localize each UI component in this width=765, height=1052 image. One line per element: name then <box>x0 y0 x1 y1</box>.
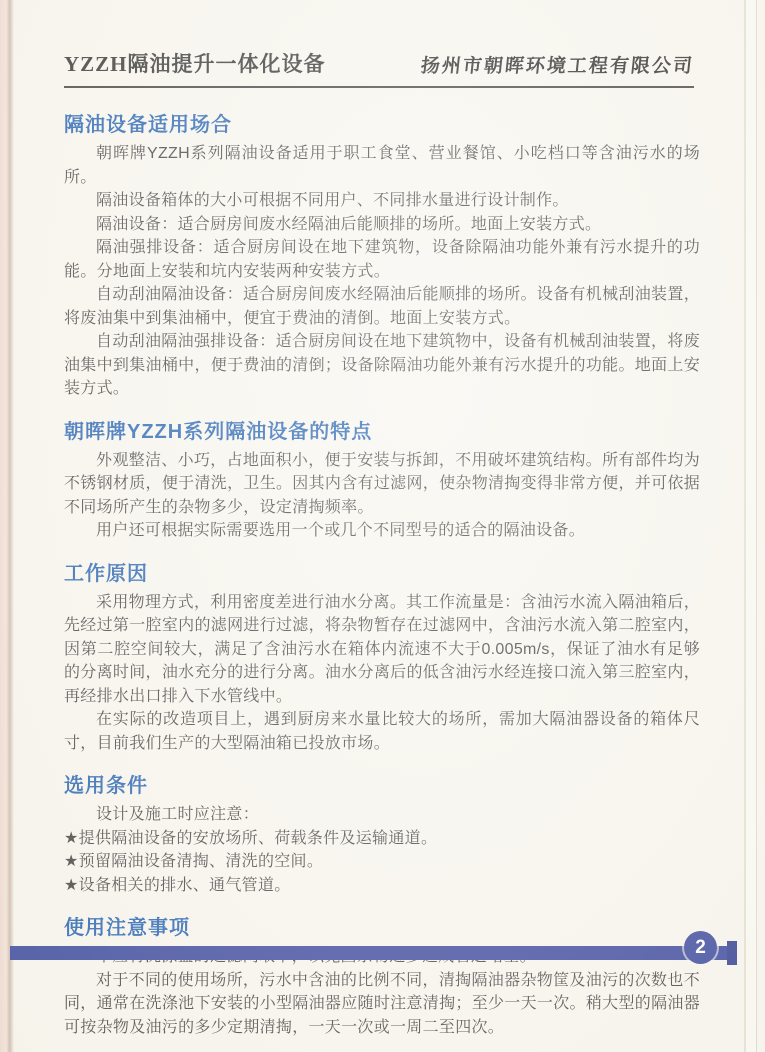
paragraph: 隔油设备：适合厨房间废水经隔油后能顺排的场所。地面上安装方式。 <box>64 213 700 237</box>
paragraph: 采用物理方式，利用密度差进行油水分离。其工作流量是：含油污水流入隔油箱后，先经过… <box>64 591 700 709</box>
section-heading: 使用注意事项 <box>64 911 700 940</box>
section-heading: 选用条件 <box>64 769 700 798</box>
page-left-gutter <box>0 0 14 1052</box>
document-body: 隔油设备适用场合朝晖牌YZZH系列隔油设备适用于职工食堂、营业餐馆、小吃档口等含… <box>64 86 700 1039</box>
paragraph: 隔油强排设备：适合厨房间设在地下建筑物，设备除隔油功能外兼有污水提升的功能。分地… <box>64 236 700 283</box>
page-header: YZZH隔油提升一体化设备 扬州市朝晖环境工程有限公司 <box>64 48 694 88</box>
section-heading: 朝晖牌YZZH系列隔油设备的特点 <box>64 415 700 444</box>
company-name: 扬州市朝晖环境工程有限公司 <box>420 51 696 78</box>
paragraph: 在实际的改造项目上，遇到厨房来水量比较大的场所，需加大隔油器设备的箱体尺寸，目前… <box>64 708 700 755</box>
paragraph: 设计及施工时应注意： <box>64 803 700 827</box>
paragraph: 自动刮油隔油设备：适合厨房间废水经隔油后能顺排的场所。设备有机械刮油装置，将废油… <box>64 283 700 330</box>
page-number-badge: 2 <box>684 931 717 964</box>
document-section: 使用注意事项不应将洗涤盆的过滤网取下，以免因杂物过多造成管道堵塞。对于不同的使用… <box>64 911 700 1039</box>
document-section: 朝晖牌YZZH系列隔油设备的特点外观整洁、小巧，占地面积小，便于安装与拆卸，不用… <box>64 415 700 543</box>
footer-rule-bar <box>10 946 737 960</box>
star-list-item: ★设备相关的排水、通气管道。 <box>64 874 700 898</box>
paragraph: 自动刮油隔油强排设备：适合厨房间设在地下建筑物中，设备有机械刮油装置，将废油集中… <box>64 330 700 401</box>
paragraph: 对于不同的使用场所，污水中含油的比例不同，清掏隔油器杂物筐及油污的次数也不同，通… <box>64 969 700 1040</box>
document-section: 选用条件设计及施工时应注意：★提供隔油设备的安放场所、荷载条件及运输通道。★预留… <box>64 769 700 897</box>
star-list-item: ★预留隔油设备清掏、清洗的空间。 <box>64 850 700 874</box>
section-heading: 隔油设备适用场合 <box>64 108 700 137</box>
paragraph: 朝晖牌YZZH系列隔油设备适用于职工食堂、营业餐馆、小吃档口等含油污水的场所。 <box>64 142 700 189</box>
paragraph: 外观整洁、小巧，占地面积小，便于安装与拆卸，不用破坏建筑结构。所有部件均为不锈钢… <box>64 449 700 520</box>
document-section: 隔油设备适用场合朝晖牌YZZH系列隔油设备适用于职工食堂、营业餐馆、小吃档口等含… <box>64 108 700 401</box>
star-list-item: ★提供隔油设备的安放场所、荷载条件及运输通道。 <box>64 827 700 851</box>
paragraph: 用户还可根据实际需要选用一个或几个不同型号的适合的隔油设备。 <box>64 519 700 543</box>
footer-bar-endcap <box>727 941 737 965</box>
section-heading: 工作原因 <box>64 557 700 586</box>
document-section: 工作原因采用物理方式，利用密度差进行油水分离。其工作流量是：含油污水流入隔油箱后… <box>64 557 700 756</box>
page-number: 2 <box>695 937 706 959</box>
paragraph: 隔油设备箱体的大小可根据不同用户、不同排水量进行设计制作。 <box>64 189 700 213</box>
document-title: YZZH隔油提升一体化设备 <box>64 48 326 78</box>
page-right-edge <box>744 0 757 1052</box>
